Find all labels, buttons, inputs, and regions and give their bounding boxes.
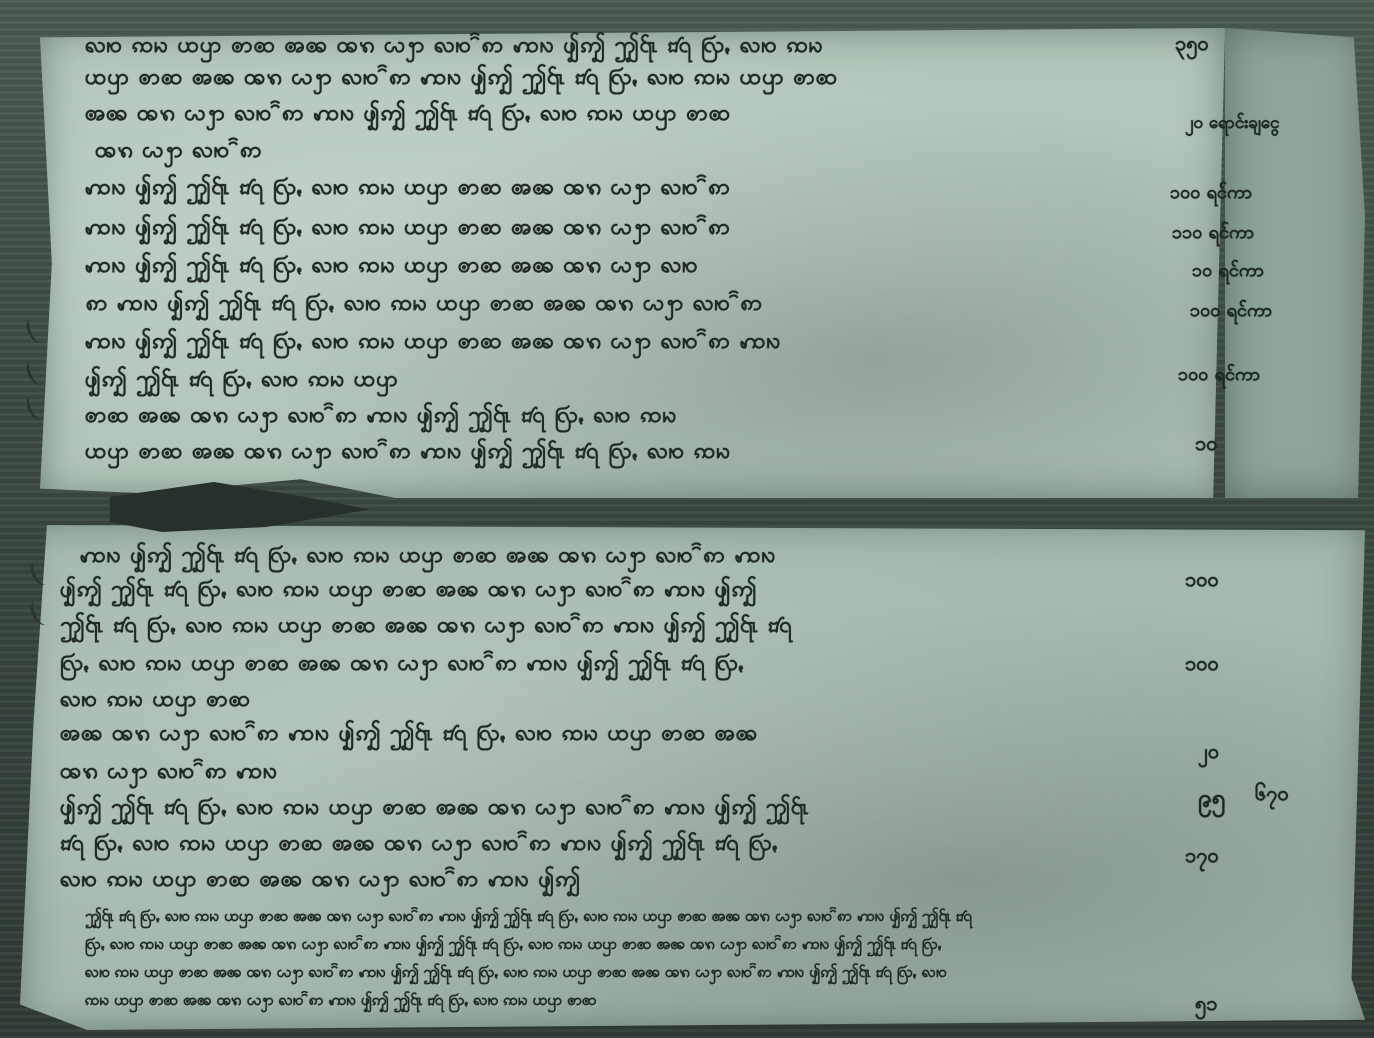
text-line: ꩪꩫ ꩬꩭ ꩮꩯ ꩰꩱ ꩲꩳ bbox=[60, 756, 400, 789]
text-line-small: ꩶ꩷ ꩸꩹ ꩺꩻ ꩮꩯ ꩡꩢ ꩤꩥ ꩦꩧ ꩨꩩ ꩪꩫ ꩬꩭ ꩮꩯ ꩰꩱ ꩲꩳ ꩴ… bbox=[85, 907, 1195, 929]
text-line: ꩲꩳ ꩴꩵ ꩶ꩷ ꩸꩹ ꩺꩻ ꩮꩯ ꩡꩢ ꩤꩥ ꩦꩧ ꩨꩩ ꩪꩫ ꩬꩭ ꩮꩯ ꩰ… bbox=[80, 540, 1160, 573]
text-line: ꩲꩳ ꩴꩵ ꩶ꩷ ꩸꩹ ꩺꩻ ꩮꩯ ꩡꩢ ꩤꩥ ꩦꩧ ꩨꩩ ꩪꩫ ꩬꩭ ꩮꩯ ꩰ… bbox=[85, 326, 1195, 359]
text-line: ꩤꩥ ꩦꩧ ꩨꩩ ꩪꩫ ꩬꩭ ꩮꩯ ꩰꩱ ꩲꩳ ꩴꩵ ꩶ꩷ ꩸꩹ ꩺꩻ ꩮꩯ ꩡ… bbox=[85, 436, 1010, 469]
text-line: ꩴꩵ ꩶ꩷ ꩸꩹ ꩺꩻ ꩮꩯ ꩡꩢ ꩤꩥ bbox=[85, 364, 445, 397]
margin-number: ၉၅ bbox=[1198, 782, 1225, 818]
margin-number: ၁၀ ရင်ကာ bbox=[1192, 258, 1264, 285]
text-line: ꩲꩳ ꩴꩵ ꩶ꩷ ꩸꩹ ꩺꩻ ꩮꩯ ꩡꩢ ꩤꩥ ꩦꩧ ꩨꩩ ꩪꩫ ꩬꩭ ꩮꩯ ꩰ… bbox=[85, 212, 1065, 245]
text-line: ꩺꩻ ꩮꩯ ꩡꩢ ꩤꩥ ꩦꩧ ꩨꩩ ꩪꩫ ꩬꩭ ꩮꩯ ꩰꩱ ꩲꩳ ꩴꩵ ꩶ꩷ ꩸… bbox=[60, 648, 1160, 681]
text-line: ꩰꩱ ꩲꩳ ꩴꩵ ꩶ꩷ ꩸꩹ ꩺꩻ ꩮꩯ ꩡꩢ ꩤꩥ ꩦꩧ ꩨꩩ ꩪꩫ ꩬꩭ ꩮ… bbox=[85, 288, 1170, 321]
text-line: ꩤꩥ ꩦꩧ ꩨꩩ ꩪꩫ ꩬꩭ ꩮꩯ ꩰꩱ ꩲꩳ ꩴꩵ ꩶ꩷ ꩸꩹ ꩺꩻ ꩮꩯ ꩡ… bbox=[85, 62, 1170, 95]
margin-number: ၁၁၀ ရင်ကာ bbox=[1172, 220, 1254, 247]
text-line-small: ꩡꩢ ꩤꩥ ꩦꩧ ꩨꩩ ꩪꩫ ꩬꩭ ꩮꩯ ꩰꩱ ꩲꩳ ꩴꩵ ꩶ꩷ ꩸꩹ ꩺꩻ ꩮ… bbox=[85, 991, 630, 1013]
text-line-small: ꩺꩻ ꩮꩯ ꩡꩢ ꩤꩥ ꩦꩧ ꩨꩩ ꩪꩫ ꩬꩭ ꩮꩯ ꩰꩱ ꩲꩳ ꩴꩵ ꩶ꩷ ꩸… bbox=[85, 935, 1200, 957]
text-line: ꩦꩧ ꩨꩩ ꩪꩫ ꩬꩭ ꩮꩯ ꩰꩱ ꩲꩳ ꩴꩵ ꩶ꩷ ꩸꩹ ꩺꩻ ꩮꩯ ꩡꩢ bbox=[85, 400, 1085, 433]
text-line: ꩪꩫ ꩬꩭ ꩮꩯ ꩰꩱ bbox=[95, 135, 305, 168]
text-line: ꩮꩯ ꩡꩢ ꩤꩥ ꩦꩧ ꩨꩩ ꩪꩫ ꩬꩭ ꩮꩯ ꩰꩱ ꩲꩳ ꩴꩵ bbox=[60, 864, 1140, 897]
text-line-small: ꩮꩯ ꩡꩢ ꩤꩥ ꩦꩧ ꩨꩩ ꩪꩫ ꩬꩭ ꩮꩯ ꩰꩱ ꩲꩳ ꩴꩵ ꩶ꩷ ꩸꩹ ꩺ… bbox=[85, 963, 1210, 985]
text-line: ꩮꩯ ꩡꩢ ꩤꩥ ꩦꩧ bbox=[60, 684, 280, 717]
margin-number: ၁၀၀ bbox=[1185, 650, 1219, 680]
margin-number: ၂၀ ရောင်းချငွေ bbox=[1185, 112, 1279, 137]
margin-number: ၁၇၀ bbox=[1185, 842, 1219, 872]
text-line: ꩮꩯ ꩡꩢ ꩤꩥ ꩦꩧ ꩨꩩ ꩪꩫ ꩬꩭ ꩮꩯ ꩰꩱ ꩲꩳ ꩴꩵ ꩶ꩷ ꩸꩹ ꩺ… bbox=[85, 30, 1155, 63]
footer-mark: ၅၁ bbox=[1195, 990, 1218, 1020]
text-line: ꩶ꩷ ꩸꩹ ꩺꩻ ꩮꩯ ꩡꩢ ꩤꩥ ꩦꩧ ꩨꩩ ꩪꩫ ꩬꩭ ꩮꩯ ꩰꩱ ꩲꩳ ꩴ… bbox=[60, 610, 1170, 643]
text-line: ꩴꩵ ꩶ꩷ ꩸꩹ ꩺꩻ ꩮꩯ ꩡꩢ ꩤꩥ ꩦꩧ ꩨꩩ ꩪꩫ ꩬꩭ ꩮꩯ ꩰꩱ ꩲ… bbox=[60, 792, 1175, 825]
margin-number: ၃၅၀ bbox=[1175, 30, 1209, 60]
margin-number: ၁၀၀ bbox=[1185, 566, 1219, 596]
text-line: ꩴꩵ ꩶ꩷ ꩸꩹ ꩺꩻ ꩮꩯ ꩡꩢ ꩤꩥ ꩦꩧ ꩨꩩ ꩪꩫ ꩬꩭ ꩮꩯ ꩰꩱ ꩲ… bbox=[60, 574, 1180, 607]
margin-number: ၆၇၀ bbox=[1255, 780, 1289, 810]
margin-number: ၁၀၀ ရင်ကာ bbox=[1178, 362, 1260, 389]
margin-number: ၁၀၀ ရင်ကာ bbox=[1190, 298, 1272, 325]
text-line: ꩨꩩ ꩪꩫ ꩬꩭ ꩮꩯ ꩰꩱ ꩲꩳ ꩴꩵ ꩶ꩷ ꩸꩹ ꩺꩻ ꩮꩯ ꩡꩢ ꩤꩥ ꩦ… bbox=[60, 718, 1170, 751]
text-line: ꩲꩳ ꩴꩵ ꩶ꩷ ꩸꩹ ꩺꩻ ꩮꩯ ꩡꩢ ꩤꩥ ꩦꩧ ꩨꩩ ꩪꩫ ꩬꩭ ꩮꩯ bbox=[85, 250, 1065, 283]
text-line: ꩨꩩ ꩪꩫ ꩬꩭ ꩮꩯ ꩰꩱ ꩲꩳ ꩴꩵ ꩶ꩷ ꩸꩹ ꩺꩻ ꩮꩯ ꩡꩢ ꩤꩥ ꩦ… bbox=[85, 98, 1160, 131]
margin-number: ၁၀၀ ရင်ကာ bbox=[1170, 180, 1252, 207]
text-line: ꩸꩹ ꩺꩻ ꩮꩯ ꩡꩢ ꩤꩥ ꩦꩧ ꩨꩩ ꩪꩫ ꩬꩭ ꩮꩯ ꩰꩱ ꩲꩳ ꩴꩵ ꩶ… bbox=[60, 828, 1150, 861]
margin-number: ၁၀ bbox=[1195, 430, 1218, 460]
text-line: ꩲꩳ ꩴꩵ ꩶ꩷ ꩸꩹ ꩺꩻ ꩮꩯ ꩡꩢ ꩤꩥ ꩦꩧ ꩨꩩ ꩪꩫ ꩬꩭ ꩮꩯ ꩰ… bbox=[85, 172, 1075, 205]
margin-number: ၂၀ bbox=[1198, 738, 1219, 768]
